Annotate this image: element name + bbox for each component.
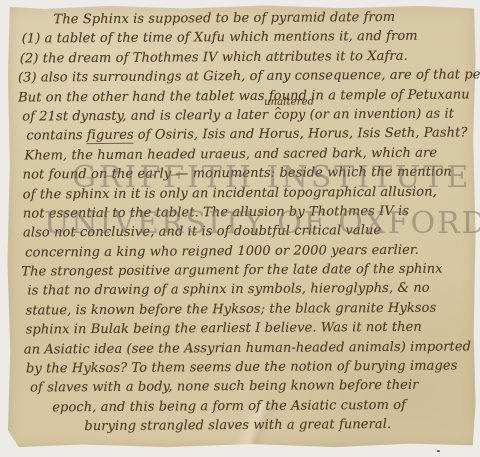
manuscript-line: burying strangled slaves with a great fu… <box>84 415 477 437</box>
underlined-word: figures <box>87 128 134 144</box>
manuscript-line: (3) also its surroundings at Gizeh, of a… <box>18 66 475 89</box>
manuscript-line: not found on the early — monuments: besi… <box>23 162 476 185</box>
scanned-document: GRIFFITH INSTITUTE UNIVERSITY OF OXFORD … <box>0 0 480 457</box>
manuscript-line: of slaves with a body, none such being k… <box>30 376 477 399</box>
inserted-word: unaltered <box>264 97 314 107</box>
manuscript-line: sphinx in Bulak being the earliest I bel… <box>26 318 477 341</box>
caret-mark: ^ <box>274 108 282 117</box>
ink-speck <box>437 450 440 452</box>
line-pre-text: contains <box>26 128 83 143</box>
line-post-text: of Osiris, Isis and Horus, Horus, Isis S… <box>138 126 468 143</box>
manuscript-text: The Sphinx is supposed to be of pyramid … <box>5 7 477 450</box>
manuscript-line: not essential to the tablet. The allusio… <box>23 201 476 224</box>
line-pre-text: of 21st dynasty, and is clearly a later <box>22 108 268 125</box>
line-post-text: copy (or an invention) as it <box>274 106 454 122</box>
